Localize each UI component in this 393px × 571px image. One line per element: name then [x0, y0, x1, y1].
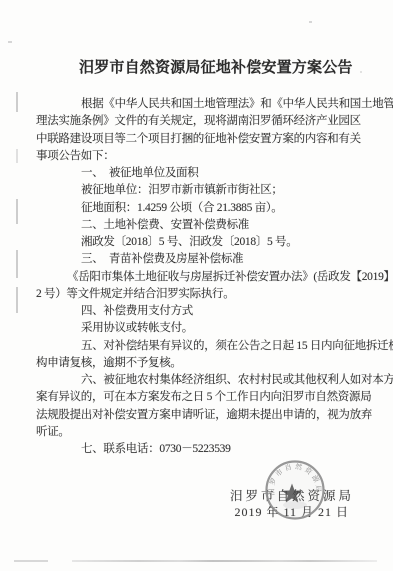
scan-artifact-speck [8, 41, 12, 43]
scan-artifact-speck [360, 71, 362, 73]
page-title: 汨罗市自然资源局征地补偿安置方案公告 [79, 56, 353, 77]
text-line: 四、补偿费用支付方式 [36, 303, 381, 320]
text-line: 理法实施条例》文件的有关规定，现将湖南汨罗循环经济产业园区 [36, 113, 381, 130]
text-line: 湘政发〔2018〕5 号、汨政发〔2018〕5 号。 [36, 234, 381, 251]
text-line: 《岳阳市集体土地征收与房屋拆迁补偿安置办法》(岳政发【2019】 [36, 269, 381, 286]
scan-artifact-vline [16, 92, 18, 112]
document-page: 汨罗市自然资源局征地补偿安置方案公告 根据《中华人民共和国土地管理法》和《中华人… [0, 0, 393, 571]
scan-artifact-bottom-edge [72, 560, 377, 562]
body-lines: 根据《中华人民共和国土地管理法》和《中华人民共和国土地管理法实施条例》文件的有关… [36, 96, 381, 458]
text-line: 三、 青苗补偿费及房屋补偿标准 [36, 251, 381, 268]
official-seal-icon: 汨罗市自然资源局 [263, 458, 327, 522]
text-line: 征地面积：1.4259 公顷（合 21.3885 亩）。 [36, 200, 381, 217]
text-line: 2 号）等文件规定并结合汨罗实际执行。 [36, 286, 381, 303]
seal-smudge [283, 501, 307, 509]
scan-artifact-speck [309, 21, 312, 23]
text-line: 中联路建设项目等二个项目打捆的征地补偿安置方案的内容和有关 [36, 131, 381, 148]
scan-artifact-vline [16, 287, 18, 313]
text-line: 听证。 [36, 424, 381, 441]
text-line: 五、对补偿结果有异议的，须在公告之日起 15 日内向征地拆迁机 [36, 338, 381, 355]
text-line: 事项公告如下： [36, 148, 381, 165]
scan-artifact-vline [16, 149, 18, 163]
scan-artifact-vline [16, 199, 18, 224]
scan-artifact-bottom-edge [14, 560, 48, 562]
text-line: 案有异议的，可在本方案发布之日 5 个工作日内向汨罗市自然资源局 [36, 389, 381, 406]
text-line: 根据《中华人民共和国土地管理法》和《中华人民共和国土地管 [36, 96, 381, 113]
scan-artifact-vline [16, 250, 18, 278]
text-line: 法规股提出对补偿安置方案申请听证，逾期未提出申请的，视为放弃 [36, 407, 381, 424]
text-line: 一、 被征地单位及面积 [36, 165, 381, 182]
text-line: 构申请复核，逾期不予复核。 [36, 355, 381, 372]
text-line: 七、联系电话：0730－5223539 [36, 441, 381, 458]
text-line: 六、被征地农村集体经济组织、农村村民或其他权利人如对本方 [36, 372, 381, 389]
text-line: 二、土地补偿费、安置补偿费标准 [36, 217, 381, 234]
text-line: 采用协议或转帐支付。 [36, 320, 381, 337]
text-line: 被征地单位：汨罗市新市镇新市街社区； [36, 182, 381, 199]
